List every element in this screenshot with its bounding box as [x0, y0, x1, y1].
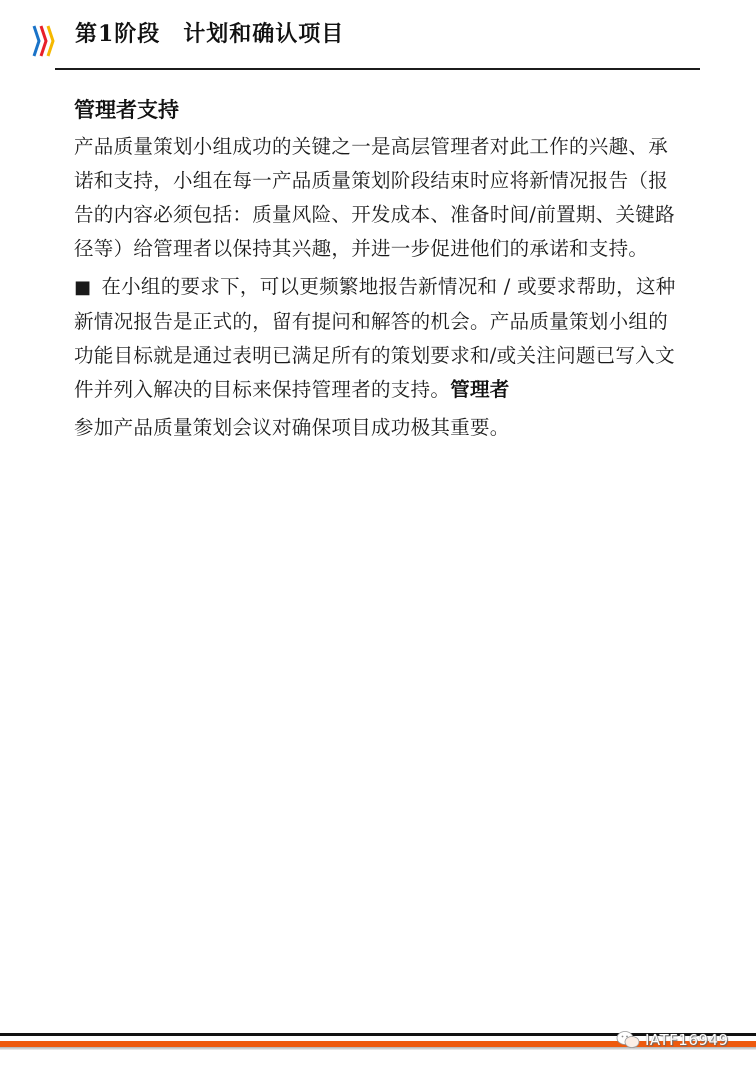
- bullet-paragraph: ■在小组的要求下，可以更频繁地报告新情况和 / 或要求帮助，这种新情况报告是正式…: [74, 270, 684, 407]
- section-heading: 管理者支持: [74, 92, 684, 128]
- wechat-icon: [615, 1029, 641, 1051]
- closing-paragraph: 参加产品质量策划会议对确保项目成功极其重要。: [74, 411, 684, 445]
- intro-paragraph: 产品质量策划小组成功的关键之一是高层管理者对此工作的兴趣、承诺和支持，小组在每一…: [74, 130, 684, 266]
- watermark: IATF16949: [615, 1028, 729, 1052]
- main-content: 管理者支持 产品质量策划小组成功的关键之一是高层管理者对此工作的兴趣、承诺和支持…: [74, 92, 684, 445]
- bullet-text: 在小组的要求下，可以更频繁地报告新情况和 / 或要求帮助，这种新情况报告是正式的…: [74, 275, 676, 401]
- bold-tail-text: 管理者: [450, 378, 509, 401]
- page-title: 第1阶段 计划和确认项目: [75, 17, 344, 48]
- triple-chevron-icon: [32, 24, 56, 58]
- header-divider: [55, 68, 700, 70]
- watermark-text: IATF16949: [645, 1031, 729, 1049]
- square-bullet-icon: ■: [74, 277, 91, 298]
